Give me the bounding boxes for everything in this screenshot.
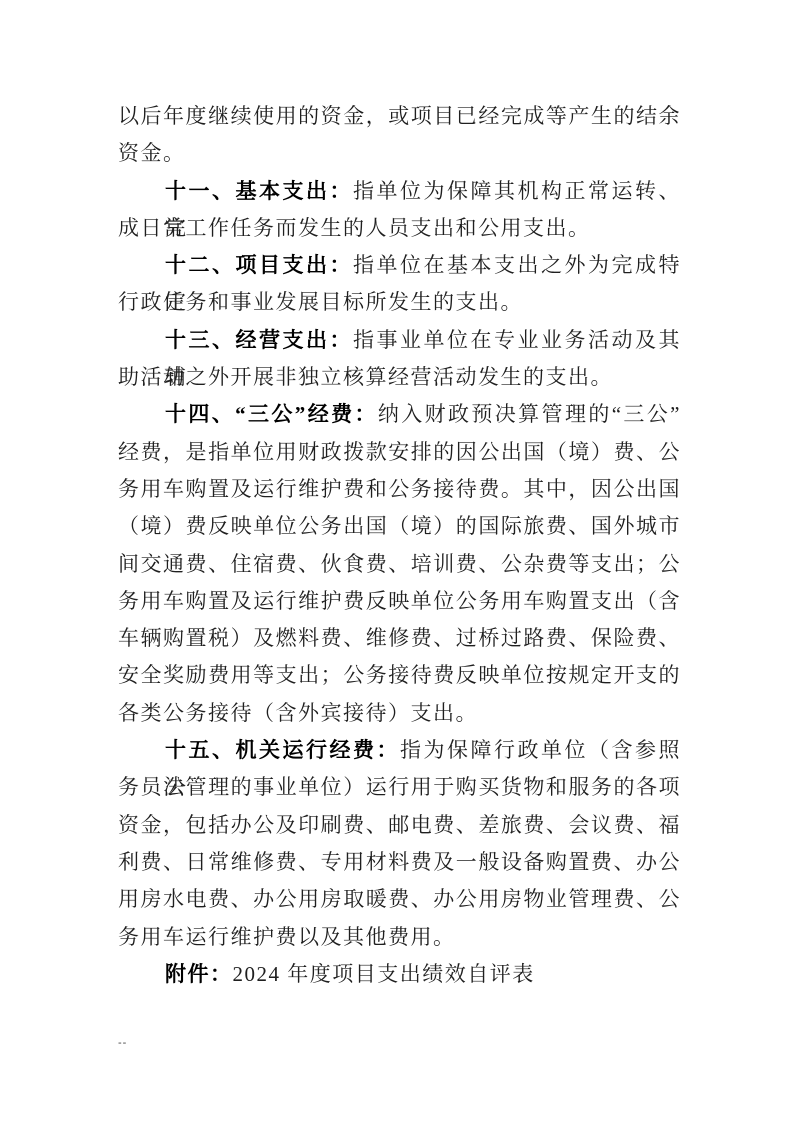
document-line: 资金，包括办公及印刷费、邮电费、差旅费、会议费、福 [118,807,681,844]
term-label: 十一、基本支出： [165,179,353,203]
term-label: 十五、机关运行经费： [165,738,400,762]
document-line: 务用车运行维护费以及其他费用。 [118,919,681,956]
document-line: 车辆购置税）及燃料费、维修费、过桥过路费、保险费、 [118,620,681,657]
term-label: 十二、项目支出： [165,253,353,277]
document-line: 各类公务接待（含外宾接待）支出。 [118,695,681,732]
term-label: 十四、“三公”经费： [165,402,378,426]
document-page: 以后年度继续使用的资金，或项目已经完成等产生的结余资金。十一、基本支出：指单位为… [0,0,794,1122]
document-line: 务员法管理的事业单位）运行用于购买货物和服务的各项 [118,769,681,806]
document-line: 间交通费、住宿费、伙食费、培训费、公杂费等支出；公 [118,546,681,583]
document-line: 附件：2024 年度项目支出绩效自评表 [118,956,681,993]
document-line: 务用车购置及运行维护费和公务接待费。其中，因公出国 [118,471,681,508]
document-line: 成日常工作任务而发生的人员支出和公用支出。 [118,210,681,247]
document-line: 十四、“三公”经费：纳入财政预决算管理的“三公” [118,396,681,433]
page-footer-mark: -- [118,1038,127,1049]
document-line: 行政任务和事业发展目标所发生的支出。 [118,284,681,321]
document-line: 以后年度继续使用的资金，或项目已经完成等产生的结余 [118,98,681,135]
document-line: （境）费反映单位公务出国（境）的国际旅费、国外城市 [118,508,681,545]
document-body: 以后年度继续使用的资金，或项目已经完成等产生的结余资金。十一、基本支出：指单位为… [118,98,681,993]
document-line: 务用车购置及运行维护费反映单位公务用车购置支出（含 [118,583,681,620]
document-line: 用房水电费、办公用房取暖费、办公用房物业管理费、公 [118,881,681,918]
document-line: 资金。 [118,135,681,172]
document-line: 利费、日常维修费、专用材料费及一般设备购置费、办公 [118,844,681,881]
document-line: 十一、基本支出：指单位为保障其机构正常运转、完 [118,173,681,210]
document-line: 安全奖励费用等支出；公务接待费反映单位按规定开支的 [118,657,681,694]
term-label: 附件： [165,962,233,986]
term-label: 十三、经营支出： [165,328,353,352]
document-line: 十三、经营支出：指事业单位在专业业务活动及其辅 [118,322,681,359]
document-line: 十二、项目支出：指单位在基本支出之外为完成特定 [118,247,681,284]
document-line: 助活动之外开展非独立核算经营活动发生的支出。 [118,359,681,396]
document-line: 经费，是指单位用财政拨款安排的因公出国（境）费、公 [118,434,681,471]
document-line: 十五、机关运行经费：指为保障行政单位（含参照公 [118,732,681,769]
